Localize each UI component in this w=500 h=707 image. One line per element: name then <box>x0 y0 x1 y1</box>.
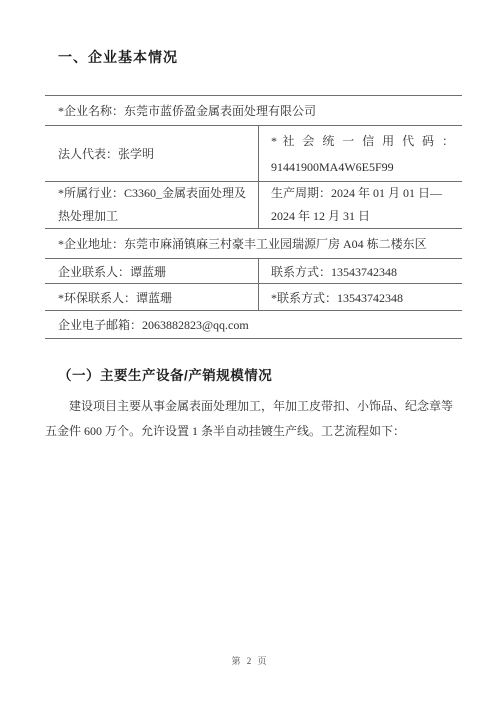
document-page: 一、企业基本情况 *企业名称：东莞市蓝侨盈金属表面处理有限公司 法人代表：张学明… <box>0 0 500 707</box>
table-row: 企业联系人：谭蓝珊 联系方式：13543742348 <box>45 259 462 284</box>
industry-category: *所属行业：C3360_金属表面处理及热处理加工 <box>58 182 250 228</box>
table-cell: 法人代表：张学明 <box>45 126 259 181</box>
table-cell: 生产周期：2024 年 01 月 01 日—2024 年 12 月 31 日 <box>259 182 462 228</box>
table-row: *企业名称：东莞市蓝侨盈金属表面处理有限公司 <box>45 96 462 126</box>
legal-representative: 法人代表：张学明 <box>58 141 250 167</box>
body-paragraph: 建设项目主要从事金属表面处理加工，年加工皮带扣、小饰品、纪念章等五金件 600 … <box>45 394 462 444</box>
table-cell: * 社 会 统 一 信 用 代 码 ： 91441900MA4W6E5F99 <box>259 126 462 181</box>
enterprise-info-table: *企业名称：东莞市蓝侨盈金属表面处理有限公司 法人代表：张学明 * 社 会 统 … <box>45 95 462 339</box>
production-period: 生产周期：2024 年 01 月 01 日—2024 年 12 月 31 日 <box>271 182 454 228</box>
section-subtitle: （一）主要生产设备/产销规模情况 <box>58 366 500 385</box>
table-row: 法人代表：张学明 * 社 会 统 一 信 用 代 码 ： 91441900MA4… <box>45 126 462 182</box>
section-title: 一、企业基本情况 <box>58 48 500 66</box>
table-row: *环保联系人：谭蓝珊 *联系方式：13543742348 <box>45 284 462 311</box>
env-contact-phone: *联系方式：13543742348 <box>271 289 454 306</box>
enterprise-address: *企业地址：东莞市麻涌镇麻三村豪丰工业园瑞源厂房 A04 栋二楼东区 <box>58 235 454 252</box>
table-cell: 企业电子邮箱：2063882823@qq.com <box>45 311 462 338</box>
page-number: 第 2 页 <box>0 654 500 667</box>
table-row: *企业地址：东莞市麻涌镇麻三村豪丰工业园瑞源厂房 A04 栋二楼东区 <box>45 229 462 259</box>
enterprise-name: *企业名称：东莞市蓝侨盈金属表面处理有限公司 <box>58 102 454 119</box>
table-cell: *所属行业：C3360_金属表面处理及热处理加工 <box>45 182 259 228</box>
table-cell: 企业联系人：谭蓝珊 <box>45 259 259 283</box>
table-cell: *联系方式：13543742348 <box>259 284 462 310</box>
contact-phone: 联系方式：13543742348 <box>271 263 454 280</box>
table-row: 企业电子邮箱：2063882823@qq.com <box>45 311 462 339</box>
env-contact: *环保联系人：谭蓝珊 <box>58 289 250 306</box>
enterprise-email: 企业电子邮箱：2063882823@qq.com <box>58 316 454 333</box>
credit-code: * 社 会 统 一 信 用 代 码 ： 91441900MA4W6E5F99 <box>271 128 454 180</box>
table-cell: *企业地址：东莞市麻涌镇麻三村豪丰工业园瑞源厂房 A04 栋二楼东区 <box>45 229 462 258</box>
table-cell: *环保联系人：谭蓝珊 <box>45 284 259 310</box>
table-cell: 联系方式：13543742348 <box>259 259 462 283</box>
table-row: *所属行业：C3360_金属表面处理及热处理加工 生产周期：2024 年 01 … <box>45 182 462 229</box>
table-cell: *企业名称：东莞市蓝侨盈金属表面处理有限公司 <box>45 96 462 125</box>
enterprise-contact: 企业联系人：谭蓝珊 <box>58 263 250 280</box>
